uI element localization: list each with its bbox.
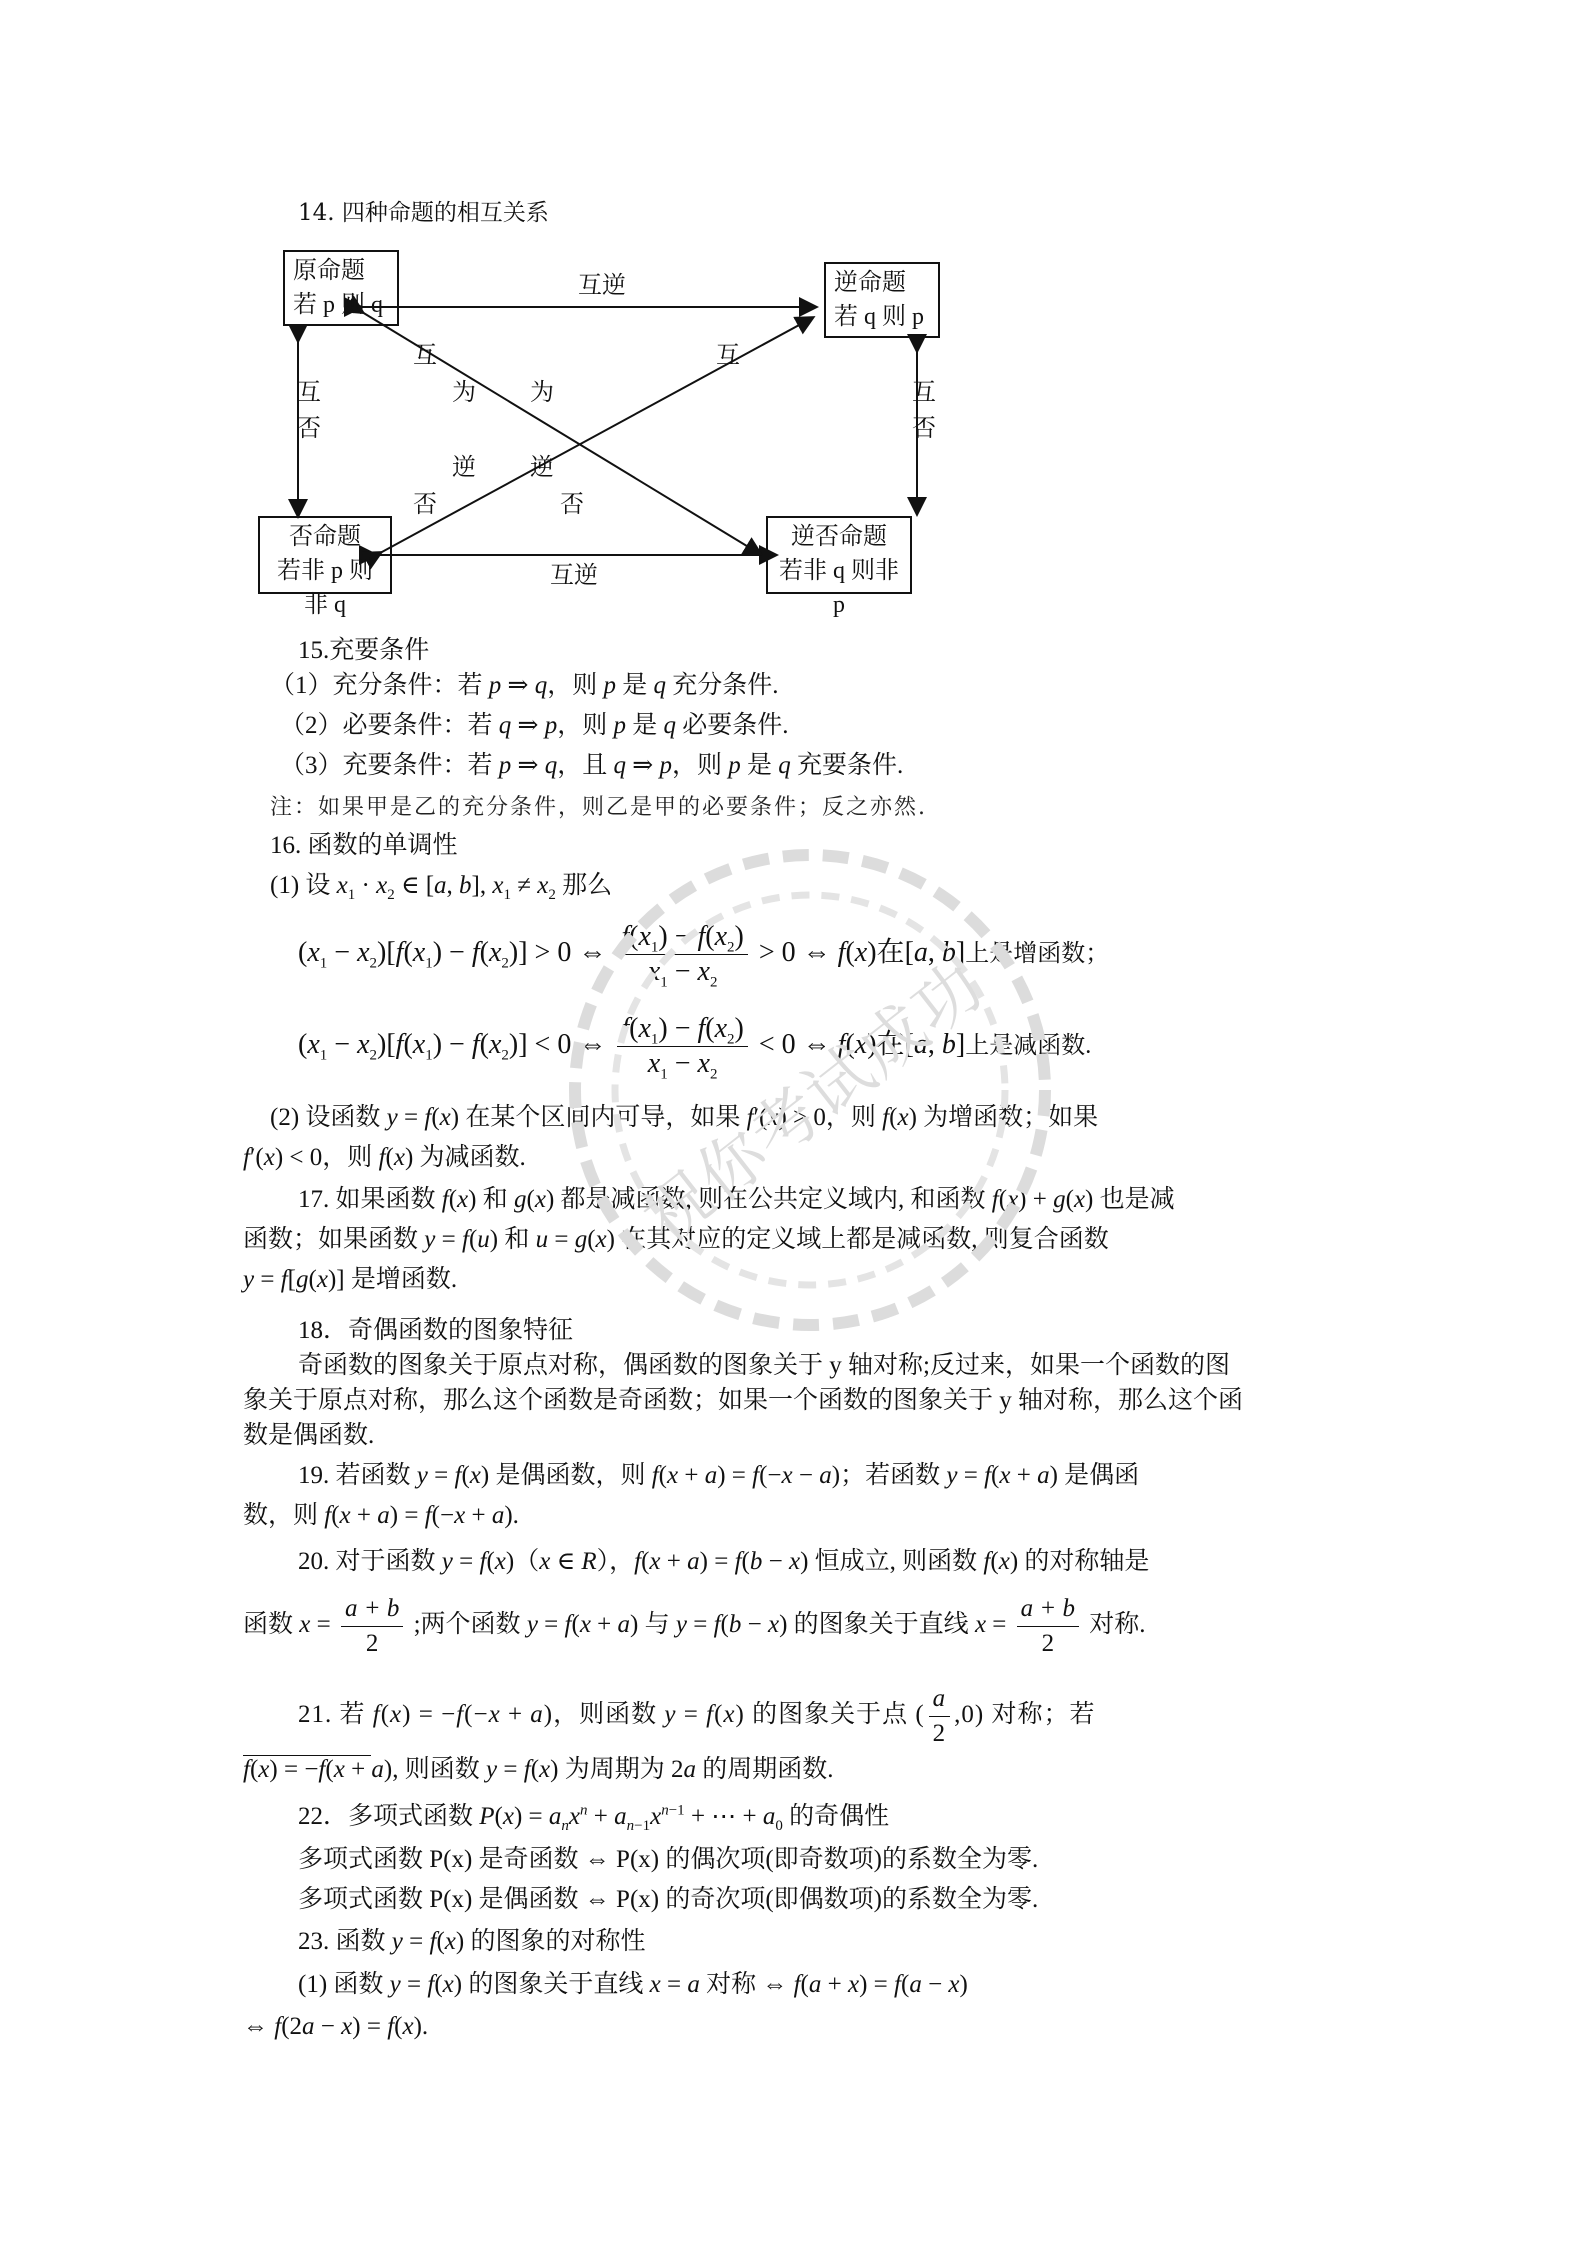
label-right-2: 否 bbox=[912, 408, 936, 443]
necessary-condition: （2）必要条件：若 q ⇒ p，则 p 是 q 必要条件. bbox=[280, 709, 789, 743]
section-15-title: 15.充要条件 bbox=[298, 634, 429, 668]
axis-symmetry-rule-cont: ⇔ f(2a − x) = f(x). bbox=[243, 2010, 428, 2044]
label-diag-a-2: 为 bbox=[452, 372, 476, 407]
watermark-circle-icon bbox=[560, 840, 1060, 1340]
section-16-title: 16. 函数的单调性 bbox=[270, 829, 458, 863]
box-inverse-title: 否命题 bbox=[268, 520, 382, 554]
label-diag-a-1: 互 bbox=[413, 335, 437, 370]
label-left-2: 否 bbox=[297, 408, 321, 443]
propositions-diagram: 原命题 若 p 则 q 逆命题 若 q 则 p 否命题 若非 p 则非 q 逆否… bbox=[0, 0, 1587, 640]
section-20-line1: 20. 对于函数 y = f(x)（x ∈ R），f(x + a) = f(b … bbox=[298, 1545, 1149, 1579]
section-17-line2: 函数；如果函数 y = f(u) 和 u = g(x) 在其对应的定义域上都是减… bbox=[243, 1223, 1109, 1257]
label-diag-b-3: 逆 bbox=[530, 447, 554, 482]
label-right-1: 互 bbox=[912, 372, 936, 407]
box-converse-proposition: 逆命题 若 q 则 p bbox=[824, 262, 940, 338]
sufficient-necessary-condition: （3）充要条件：若 p ⇒ q，且 q ⇒ p，则 p 是 q 充要条件. bbox=[280, 749, 903, 783]
section-19-line1: 19. 若函数 y = f(x) 是偶函数，则 f(x + a) = f(−x … bbox=[298, 1459, 1139, 1493]
label-diag-a-4: 否 bbox=[413, 484, 437, 519]
section-18-line2: 象关于原点对称，那么这个函数是奇函数；如果一个函数的图象关于 y 轴对称，那么这… bbox=[243, 1384, 1243, 1418]
axis-symmetry-rule: (1) 函数 y = f(x) 的图象关于直线 x = a 对称 ⇔ f(a +… bbox=[298, 1968, 968, 2002]
label-diag-b-1: 互 bbox=[716, 335, 740, 370]
decreasing-criterion: (x1 − x2)[f(x1) − f(x2)] < 0 ⇔ f(x1) − f… bbox=[298, 1010, 1091, 1081]
box-contrapositive-form: 若非 q 则非 p bbox=[776, 554, 902, 622]
box-inverse-proposition: 否命题 若非 p 则非 q bbox=[258, 516, 392, 594]
section-21-line1: 21. 若 f(x) = −f(−x + a)，则函数 y = f(x) 的图象… bbox=[298, 1680, 1096, 1750]
label-left-1: 互 bbox=[297, 372, 321, 407]
watermark-stamp: 祝你考试成功 bbox=[560, 840, 1060, 1340]
sufficient-condition: （1）充分条件：若 p ⇒ q，则 p 是 q 充分条件. bbox=[270, 669, 779, 703]
box-original-proposition: 原命题 若 p 则 q bbox=[283, 250, 399, 326]
section-20-line2: 函数 x = a + b2 ;两个函数 y = f(x + a) 与 y = f… bbox=[243, 1590, 1146, 1660]
section-18-line3: 数是偶函数. bbox=[243, 1419, 374, 1453]
monotonic-def-intro: (1) 设 x1 · x2 ∈ [a, b], x1 ≠ x2 那么 bbox=[270, 869, 612, 903]
box-converse-title: 逆命题 bbox=[834, 266, 930, 300]
box-contrapositive-title: 逆否命题 bbox=[776, 520, 902, 554]
box-converse-form: 若 q 则 p bbox=[834, 300, 930, 334]
even-polynomial-rule: 多项式函数 P(x) 是偶函数 ⇔ P(x) 的奇次项(即偶数项)的系数全为零. bbox=[298, 1883, 1038, 1917]
box-inverse-form: 若非 p 则非 q bbox=[268, 554, 382, 622]
label-diag-b-2: 为 bbox=[530, 372, 554, 407]
section-17-line1: 17. 如果函数 f(x) 和 g(x) 都是减函数, 则在公共定义域内, 和函… bbox=[298, 1183, 1175, 1217]
box-original-form: 若 p 则 q bbox=[293, 288, 389, 322]
section-15-note: 注：如果甲是乙的充分条件，则乙是甲的必要条件；反之亦然. bbox=[270, 791, 927, 825]
label-diag-a-3: 逆 bbox=[452, 447, 476, 482]
box-contrapositive-proposition: 逆否命题 若非 q 则非 p bbox=[766, 516, 912, 594]
odd-polynomial-rule: 多项式函数 P(x) 是奇函数 ⇔ P(x) 的偶次项(即奇数项)的系数全为零. bbox=[298, 1843, 1038, 1877]
label-bottom-mutual-converse: 互逆 bbox=[550, 555, 598, 590]
increasing-criterion: (x1 − x2)[f(x1) − f(x2)] > 0 ⇔ f(x1) − f… bbox=[298, 918, 1109, 989]
section-23-title: 23. 函数 y = f(x) 的图象的对称性 bbox=[298, 1925, 645, 1959]
section-22-title: 22．多项式函数 P(x) = anxn + an−1xn−1 + ⋯ + a0… bbox=[298, 1800, 889, 1834]
derivative-criterion-line2: f′(x) < 0，则 f(x) 为减函数. bbox=[243, 1141, 526, 1175]
section-17-line3: y = f[g(x)] 是增函数. bbox=[243, 1263, 457, 1297]
label-top-mutual-converse: 互逆 bbox=[578, 265, 626, 300]
derivative-criterion-line1: (2) 设函数 y = f(x) 在某个区间内可导，如果 f′(x) > 0，则… bbox=[270, 1101, 1098, 1135]
section-18-line1: 奇函数的图象关于原点对称，偶函数的图象关于 y 轴对称;反过来，如果一个函数的图 bbox=[298, 1349, 1230, 1383]
section-21-line2: f(x) = −f(x + a), 则函数 y = f(x) 为周期为 2a 的… bbox=[243, 1753, 833, 1787]
box-original-title: 原命题 bbox=[293, 254, 389, 288]
section-19-line2: 数，则 f(x + a) = f(−x + a). bbox=[243, 1499, 519, 1533]
label-diag-b-4: 否 bbox=[560, 484, 584, 519]
section-18-title: 18．奇偶函数的图象特征 bbox=[298, 1314, 573, 1348]
